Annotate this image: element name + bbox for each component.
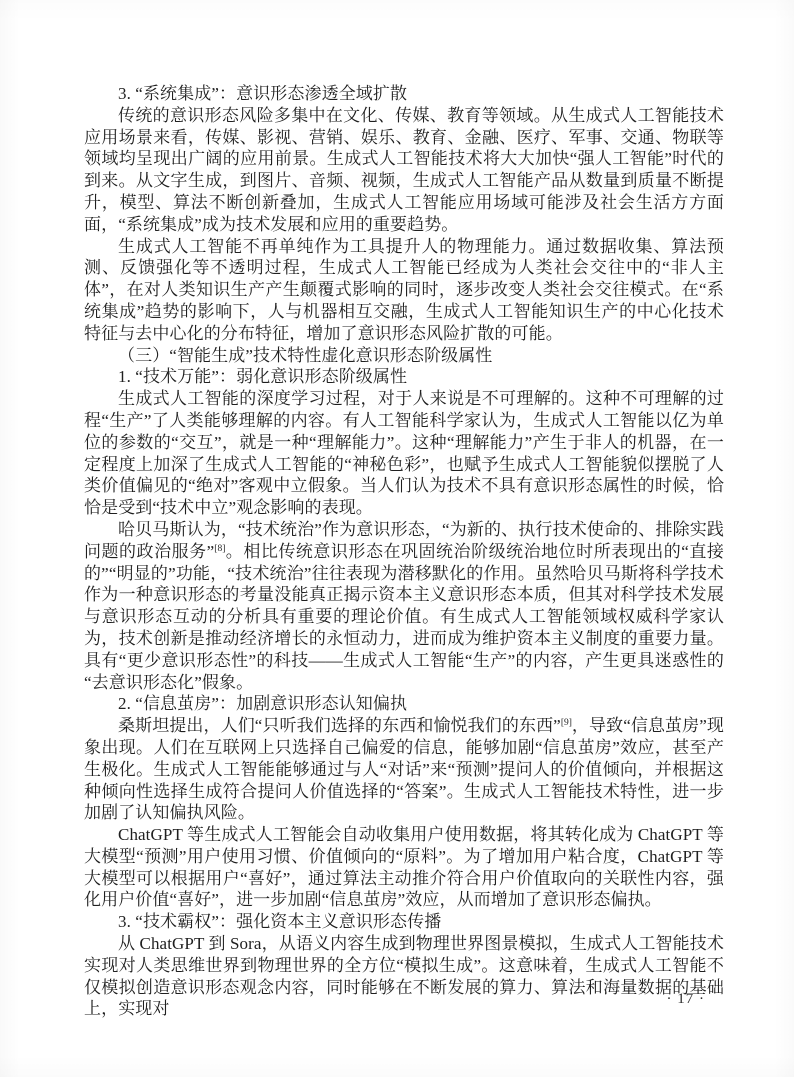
para-traditional-risk-domains: 传统的意识形态风险多集中在文化、传媒、教育等领域。从生成式人工智能技术应用场景来… (84, 105, 724, 236)
para-chatgpt-data-collection: ChatGPT 等生成式人工智能会自动收集用户使用数据，将其转化成为 ChatG… (84, 824, 724, 911)
heading-section-three: （三）“智能生成”技术特性虚化意识形态阶级属性 (84, 345, 724, 367)
para-nonhuman-subject: 生成式人工智能不再单纯作为工具提升人的物理能力。通过数据收集、算法预测、反馈强化… (84, 236, 724, 345)
heading-information-cocoon: 2. “信息茧房”：加剧意识形态认知偏执 (84, 693, 724, 715)
heading-tech-hegemony: 3. “技术霸权”：强化资本主义意识形态传播 (84, 911, 724, 933)
scanned-page: 3. “系统集成”：意识形态渗透全域扩散传统的意识形态风险多集中在文化、传媒、教… (0, 0, 794, 1077)
citation-marker: [8] (214, 544, 225, 554)
heading-system-integration: 3. “系统集成”：意识形态渗透全域扩散 (84, 83, 724, 105)
heading-tech-omnipotence: 1. “技术万能”：弱化意识形态阶级属性 (84, 366, 724, 388)
para-deep-learning-incomprehensible: 生成式人工智能的深度学习过程，对于人来说是不可理解的。这种不可理解的过程“生产”… (84, 388, 724, 519)
para-sunstein-cocoon: 桑斯坦提出，人们“只听我们选择的东西和愉悦我们的东西”[9]，导致“信息茧房”现… (84, 715, 724, 824)
citation-marker: [9] (561, 718, 572, 728)
para-habermas-technocracy: 哈贝马斯认为，“技术统治”作为意识形态，“为新的、执行技术使命的、排除实践问题的… (84, 519, 724, 693)
page-number: · 17 · (84, 991, 705, 1008)
page-content: 3. “系统集成”：意识形态渗透全域扩散传统的意识形态风险多集中在文化、传媒、教… (84, 83, 724, 1020)
